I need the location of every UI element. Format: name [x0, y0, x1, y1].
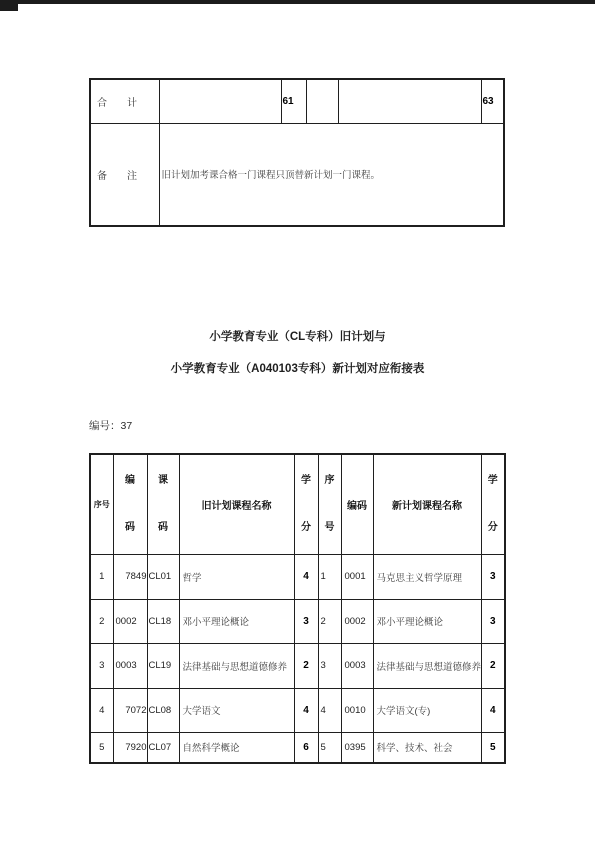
cell-credits-old: 4: [294, 688, 318, 732]
cell-code-new: 0395: [341, 732, 373, 763]
cell-old-course-name: 哲学: [179, 554, 294, 599]
cell-seq-new: 3: [318, 643, 341, 688]
cell-new-course-name: 法律基础与思想道德修养: [373, 643, 481, 688]
header-seq-old: 序号: [90, 454, 113, 554]
cell-code-old: 0003: [113, 643, 147, 688]
scan-artifact-corner-mark: [0, 0, 18, 11]
cell-new-course-name: 大学语文(专): [373, 688, 481, 732]
cell-code-old: 0002: [113, 599, 147, 643]
cell-seq-old: 4: [90, 688, 113, 732]
remark-label: 备 注: [90, 123, 159, 226]
table-row: 3 0003 CL19 法律基础与思想道德修养 2 3 0003 法律基础与思想…: [90, 643, 505, 688]
cell-course-code: CL19: [147, 643, 179, 688]
cell-credits-new: 3: [481, 599, 505, 643]
cell-code-old: 7849: [113, 554, 147, 599]
header-seq-new: 序号: [318, 454, 341, 554]
header-old-course-name: 旧计划课程名称: [179, 454, 294, 554]
cell-seq-new: 2: [318, 599, 341, 643]
header-code-new: 编码: [341, 454, 373, 554]
document-title-line1: 小学教育专业（CL专科）旧计划与: [0, 328, 595, 344]
total-label: 合 计: [90, 79, 159, 123]
table-row: 2 0002 CL18 邓小平理论概论 3 2 0002 邓小平理论概论 3: [90, 599, 505, 643]
header-credits-new: 学分: [481, 454, 505, 554]
cell-course-code: CL07: [147, 732, 179, 763]
table-row: 5 7920 CL07 自然科学概论 6 5 0395 科学、技术、社会 5: [90, 732, 505, 763]
summary-table: 合 计 61 63 备 注 旧计划加考课合格一门课程只顶替新计划一门课程。: [89, 78, 505, 227]
scan-artifact-top-bar: [0, 0, 595, 4]
cell-code-old: 7920: [113, 732, 147, 763]
cell-credits-new: 5: [481, 732, 505, 763]
total-old-name-blank: [159, 79, 281, 123]
cell-old-course-name: 邓小平理论概论: [179, 599, 294, 643]
cell-old-course-name: 法律基础与思想道德修养: [179, 643, 294, 688]
cell-seq-old: 1: [90, 554, 113, 599]
cell-course-code: CL01: [147, 554, 179, 599]
header-course-code: 课码: [147, 454, 179, 554]
doc-number: 编号：37: [89, 418, 132, 433]
cell-seq-new: 4: [318, 688, 341, 732]
cell-new-course-name: 邓小平理论概论: [373, 599, 481, 643]
course-correspondence-table: 序号 编码 课码 旧计划课程名称 学分 序号 编码 新计划课程名称 学分 1 7…: [89, 453, 506, 764]
header-new-course-name: 新计划课程名称: [373, 454, 481, 554]
cell-code-new: 0002: [341, 599, 373, 643]
table-row: 1 7849 CL01 哲学 4 1 0001 马克思主义哲学原理 3: [90, 554, 505, 599]
cell-code-new: 0010: [341, 688, 373, 732]
total-new-credits: 63: [481, 79, 504, 123]
cell-credits-old: 2: [294, 643, 318, 688]
cell-credits-old: 4: [294, 554, 318, 599]
document-title-line2: 小学教育专业（A040103专科）新计划对应衔接表: [0, 360, 595, 376]
total-old-credits: 61: [281, 79, 306, 123]
cell-credits-old: 6: [294, 732, 318, 763]
cell-new-course-name: 科学、技术、社会: [373, 732, 481, 763]
cell-seq-old: 5: [90, 732, 113, 763]
remark-row: 备 注 旧计划加考课合格一门课程只顶替新计划一门课程。: [90, 123, 504, 226]
cell-new-course-name: 马克思主义哲学原理: [373, 554, 481, 599]
remark-text: 旧计划加考课合格一门课程只顶替新计划一门课程。: [159, 123, 504, 226]
cell-code-new: 0003: [341, 643, 373, 688]
cell-course-code: CL08: [147, 688, 179, 732]
cell-old-course-name: 大学语文: [179, 688, 294, 732]
cell-course-code: CL18: [147, 599, 179, 643]
cell-old-course-name: 自然科学概论: [179, 732, 294, 763]
header-row: 序号 编码 课码 旧计划课程名称 学分 序号 编码 新计划课程名称 学分: [90, 454, 505, 554]
cell-seq-old: 3: [90, 643, 113, 688]
cell-credits-new: 2: [481, 643, 505, 688]
header-credits-old: 学分: [294, 454, 318, 554]
cell-code-old: 7072: [113, 688, 147, 732]
cell-credits-old: 3: [294, 599, 318, 643]
total-row: 合 计 61 63: [90, 79, 504, 123]
cell-seq-new: 1: [318, 554, 341, 599]
cell-credits-new: 4: [481, 688, 505, 732]
cell-seq-old: 2: [90, 599, 113, 643]
header-code-old: 编码: [113, 454, 147, 554]
cell-code-new: 0001: [341, 554, 373, 599]
total-seq-blank: [306, 79, 338, 123]
cell-credits-new: 3: [481, 554, 505, 599]
document-page: 合 计 61 63 备 注 旧计划加考课合格一门课程只顶替新计划一门课程。 小学…: [0, 0, 595, 841]
cell-seq-new: 5: [318, 732, 341, 763]
table-row: 4 7072 CL08 大学语文 4 4 0010 大学语文(专) 4: [90, 688, 505, 732]
total-new-name-blank: [338, 79, 481, 123]
